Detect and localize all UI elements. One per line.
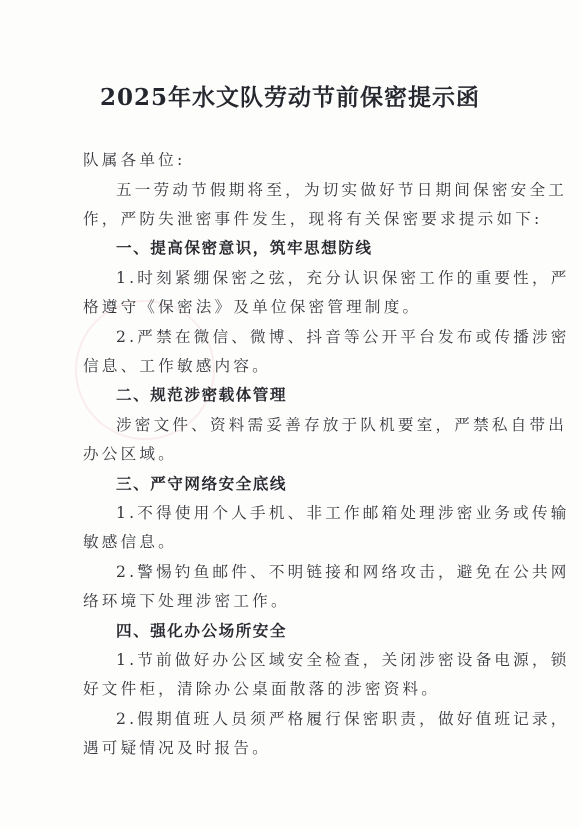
section-1-heading: 一、提高保密意识，筑牢思想防线 (116, 236, 372, 258)
paragraph: 1.时刻紧绷保密之弦，充分认识保密工作的重要性，严 (116, 266, 570, 288)
paragraph: 好文件柜，清除办公桌面散落的涉密资料。 (83, 677, 440, 699)
section-4-heading: 四、强化办公场所安全 (116, 619, 287, 641)
intro-line-2: 作，严防失泄密事件发生，现将有关保密要求提示如下: (83, 207, 543, 229)
paragraph: 1.不得使用个人手机、非工作邮箱处理涉密业务或传输 (116, 501, 570, 523)
paragraph: 2.假期值班人员须严格履行保密职责，做好值班记录， (116, 707, 570, 729)
paragraph: 敏感信息。 (83, 530, 177, 552)
paragraph: 办公区域。 (83, 442, 177, 464)
paragraph: 涉密文件、资料需妥善存放于队机要室，严禁私自带出 (116, 413, 567, 435)
section-2-heading: 二、规范涉密载体管理 (116, 383, 287, 405)
paragraph: 遇可疑情况及时报告。 (83, 736, 271, 758)
paragraph: 格遵守《保密法》及单位保密管理制度。 (83, 295, 421, 317)
intro-line-1: 五一劳动节假期将至，为切实做好节日期间保密安全工 (116, 178, 567, 200)
paragraph: 信息、工作敏感内容。 (83, 354, 271, 376)
salutation: 队属各单位: (83, 148, 185, 170)
paragraph: 络环境下处理涉密工作。 (83, 589, 290, 611)
section-3-heading: 三、严守网络安全底线 (116, 472, 287, 494)
paragraph: 2.警惕钓鱼邮件、不明链接和网络攻击，避免在公共网 (116, 560, 570, 582)
paragraph: 1.节前做好办公区域安全检查，关闭涉密设备电源，锁 (116, 648, 570, 670)
document-title: 2025年水文队劳动节前保密提示函 (0, 79, 580, 112)
paragraph: 2.严禁在微信、微博、抖音等公开平台发布或传播涉密 (116, 325, 570, 347)
